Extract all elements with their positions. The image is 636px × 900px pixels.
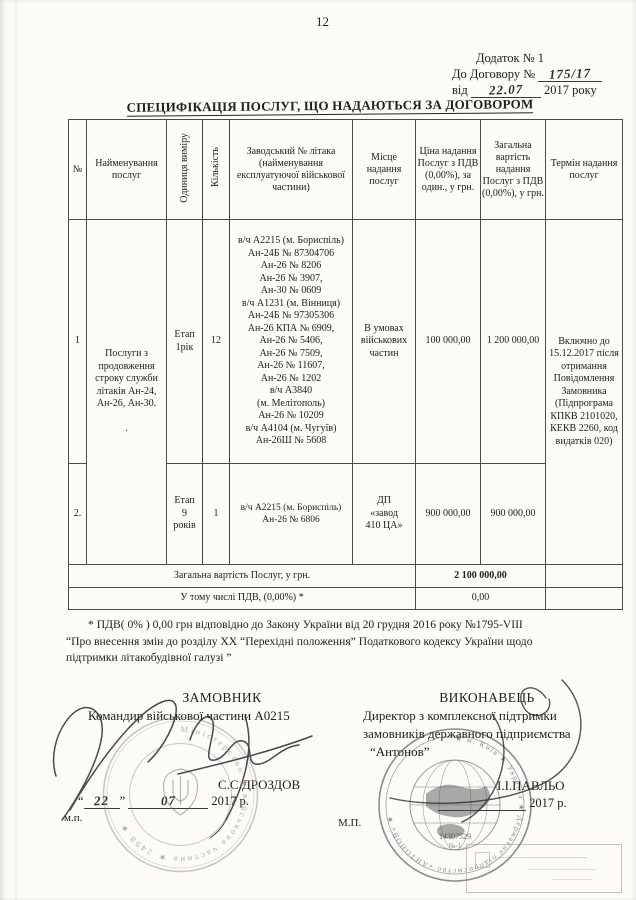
row1-unit: Етап 1рік: [167, 220, 203, 464]
annex-block: Додаток № 1 До Договору № 175/17 від 22.…: [452, 50, 602, 98]
row2-num: 2.: [69, 464, 87, 565]
contract-prefix: До Договору №: [452, 67, 535, 81]
vat-term-empty: [546, 588, 623, 610]
faded-stamp-line: [527, 869, 597, 870]
annex-contract-line: До Договору № 175/17: [452, 66, 602, 82]
customer-date-line: “22” 07 2017 р.: [78, 794, 249, 809]
row2-factory-numbers: в/ч А2215 (м. Бориспіль) Ан-26 № 6806: [230, 464, 353, 565]
row1-num: 1: [69, 220, 87, 464]
vat-row: У тому числі ПДВ, (0,00%) * 0,00: [69, 588, 623, 610]
faded-stamp-mark: [475, 852, 490, 868]
date-prefix: від: [452, 83, 468, 97]
table-header-row: № Найменування послуг Одиниця виміру Кіл…: [69, 120, 623, 220]
annex-title: Додаток № 1: [452, 50, 602, 66]
contractor-position-line1: Директор з комплексної підтримки: [363, 708, 615, 724]
row1-total: 1 200 000,00: [481, 220, 546, 464]
faded-stamp-line: [552, 879, 592, 880]
table-row-1: 1 Послуги з продовження строку служби лі…: [69, 220, 623, 464]
contractor-date-line: 2017 р.: [438, 796, 567, 811]
seal-company-number: 14307529: [439, 832, 471, 841]
vat-footnote: * ПДВ( 0% ) 0,00 грн відповідно до Закон…: [66, 617, 580, 667]
header-unit: Одиниця виміру: [167, 120, 203, 220]
row2-unit: Етап 9 років: [167, 464, 203, 565]
total-label: Загальна вартість Послуг, у грн.: [69, 565, 416, 588]
contractor-name: І.І.ПАВЛЬО: [497, 778, 564, 794]
customer-seal-mark: м.п.: [64, 812, 82, 824]
quote-close: ”: [120, 794, 126, 808]
seal-sub-number: №-1: [449, 842, 462, 850]
header-num: №: [69, 120, 87, 220]
contractor-seal-mark: М.П.: [338, 817, 361, 829]
faded-stamp-box: [466, 844, 622, 893]
row1-price: 100 000,00: [416, 220, 481, 464]
header-factory: Заводський № літака (найменування експлу…: [230, 120, 353, 220]
scanned-contract-page: 12 Додаток № 1 До Договору № 175/17 від …: [0, 0, 636, 900]
date-value-handwritten: 22.07: [489, 82, 524, 96]
document-title: СПЕЦИФІКАЦІЯ ПОСЛУГ, ЩО НАДАЮТЬСЯ ЗА ДОГ…: [30, 95, 630, 116]
customer-position: Командир військової частини А0215: [88, 708, 358, 724]
row1-place: В умовах військових частин: [353, 220, 416, 464]
header-qty: Кількість: [203, 120, 230, 220]
contractor-year: 2017 р.: [529, 796, 567, 810]
customer-year: 2017 р.: [211, 794, 249, 808]
row1-qty: 12: [203, 220, 230, 464]
header-service: Найменування послуг: [87, 120, 167, 220]
contract-number-handwritten: 175/17: [549, 66, 592, 80]
row1-term: Включно до 15.12.2017 після отримання По…: [546, 220, 623, 565]
faded-stamp-line: [497, 857, 587, 858]
header-term: Термін надання послуг: [546, 120, 623, 220]
customer-day-handwritten: 22: [94, 794, 109, 808]
row1-factory-numbers: в/ч А2215 (м. Бориспіль) Ан-24Б № 873047…: [230, 220, 353, 464]
total-term-empty: [546, 565, 623, 588]
total-row: Загальна вартість Послуг, у грн. 2 100 0…: [69, 565, 623, 588]
customer-role-title: ЗАМОВНИК: [142, 690, 302, 706]
customer-name: С.С.ДРОЗДОВ: [218, 777, 300, 793]
contractor-role-title: ВИКОНАВЕЦЬ: [407, 690, 567, 706]
header-total: Загальна вартість надання Послуг з ПДВ (…: [481, 120, 546, 220]
specification-table: № Найменування послуг Одиниця виміру Кіл…: [68, 119, 623, 610]
row1-service: Послуги з продовження строку служби літа…: [87, 220, 167, 565]
header-price: Ціна надання Послуг з ПДВ (0,00%), за од…: [416, 120, 481, 220]
vat-label: У тому числі ПДВ, (0,00%) *: [69, 588, 416, 610]
vat-value: 0,00: [416, 588, 546, 610]
row2-place: ДП «завод 410 ЦА»: [353, 464, 416, 565]
page-number: 12: [316, 14, 329, 30]
row2-qty: 1: [203, 464, 230, 565]
contractor-position-line2: замовників державного підприємства: [363, 726, 615, 742]
row2-price: 900 000,00: [416, 464, 481, 565]
header-place: Місце надання послуг: [353, 120, 416, 220]
row2-total: 900 000,00: [481, 464, 546, 565]
total-value: 2 100 000,00: [416, 565, 546, 588]
customer-month-handwritten: 07: [161, 794, 176, 808]
scan-crease: [15, 0, 17, 900]
contractor-date-blank: [438, 810, 526, 811]
contractor-position-line3: “Антонов”: [370, 744, 430, 760]
